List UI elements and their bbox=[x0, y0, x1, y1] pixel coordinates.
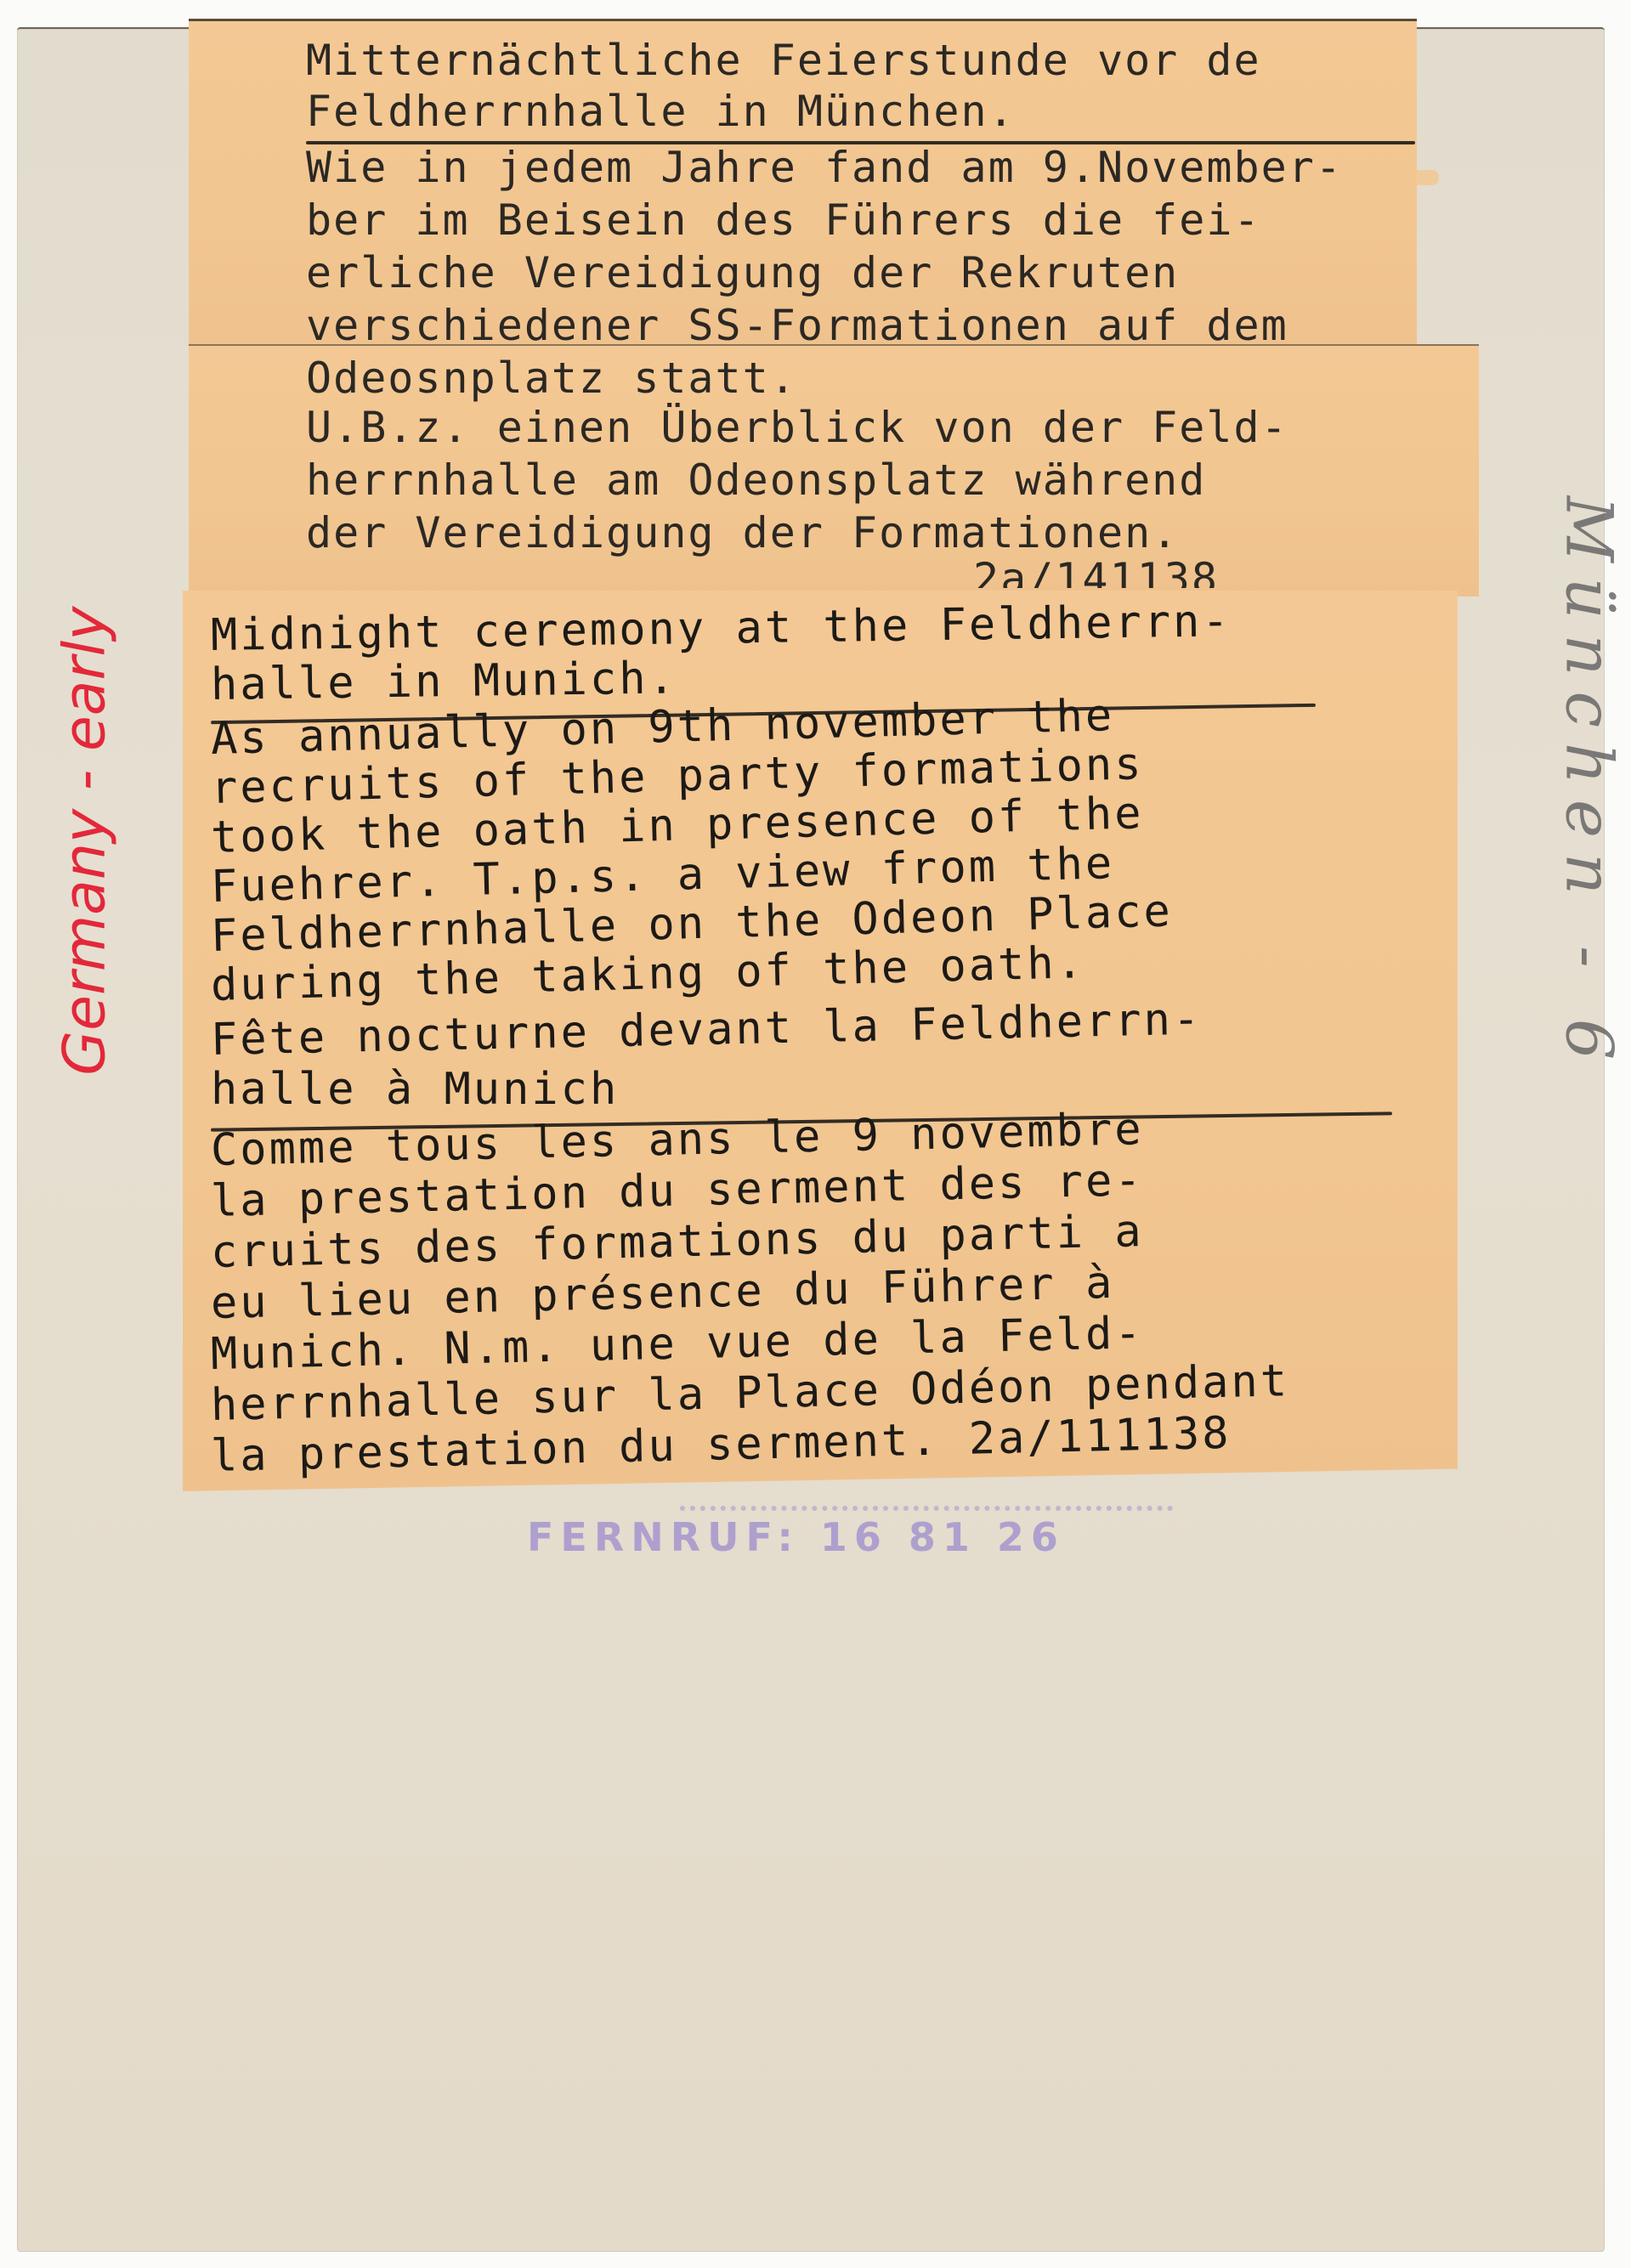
handwritten-pencil-note: München - 6 bbox=[1552, 489, 1628, 1083]
german-title-line-1: Mitternächtliche Feierstunde vor de bbox=[306, 36, 1261, 85]
german-body-line: U.B.z. einen Überblick von der Feld- bbox=[306, 403, 1288, 452]
phone-stamp: FERNRUF: 16 81 26 bbox=[527, 1514, 1065, 1560]
german-body-line: Odeosnplatz statt. bbox=[306, 353, 797, 403]
english-title-line-2: halle in Munich. bbox=[211, 653, 678, 710]
german-body-line: verschiedener SS-Formationen auf dem bbox=[306, 301, 1288, 350]
german-body-line: erliche Vereidigung der Rekruten bbox=[306, 248, 1179, 297]
german-title-line-2: Feldherrnhalle in München. bbox=[306, 87, 1016, 136]
french-title-line-2: halle à Munich bbox=[211, 1064, 619, 1115]
stamp-partial-line bbox=[680, 1489, 1173, 1511]
german-body-line: Wie in jedem Jahre fand am 9.November- bbox=[306, 143, 1343, 192]
handwritten-red-note: Germany - early bbox=[52, 544, 119, 1139]
german-reference-number: 2a/141138 bbox=[973, 554, 1219, 588]
german-body-line: herrnhalle am Odeonsplatz während bbox=[306, 455, 1206, 505]
german-body-line: ber im Beisein des Führers die fei- bbox=[306, 195, 1261, 245]
torn-paper-tab bbox=[1417, 170, 1439, 185]
german-body-line: der Vereidigung der Formationen. bbox=[306, 508, 1179, 557]
